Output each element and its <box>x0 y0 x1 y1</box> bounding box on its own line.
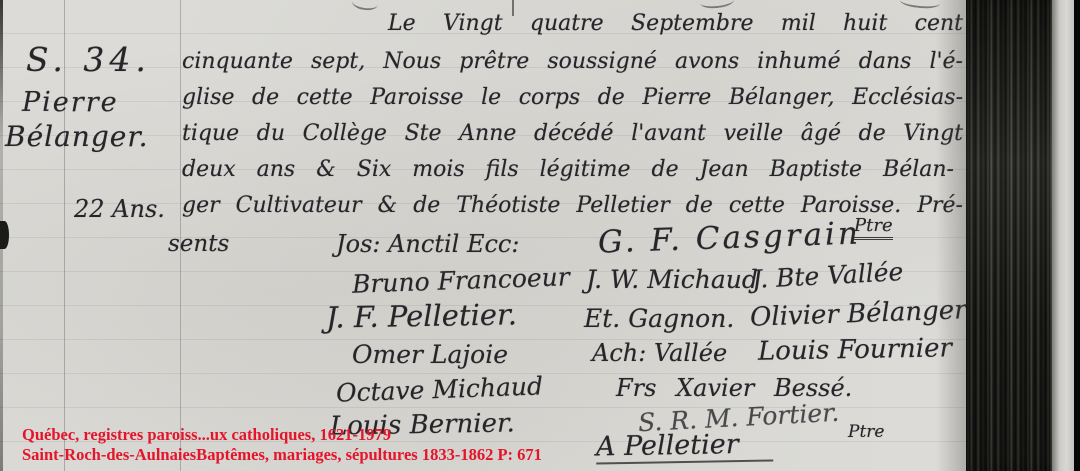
register-page-scan: S. 34. Pierre Bélanger. 22 Ans. Le Vingt… <box>0 0 1080 471</box>
signature: Omer Lajoie <box>352 341 508 369</box>
signature-priest: G. F. Casgrain <box>597 216 861 259</box>
book-binding <box>966 0 1052 471</box>
signature-priest: A Pelletier <box>596 429 773 464</box>
act-line: cinquante sept, Nous prêtre soussigné av… <box>182 50 963 74</box>
act-line: glise de cette Paroisse le corps de Pier… <box>182 86 963 110</box>
margin-name-last: Bélanger. <box>5 122 149 153</box>
signature: Jos: Anctil Ecc: <box>336 231 519 257</box>
citation-collection: Québec, registres paroiss...ux catholiqu… <box>22 427 391 444</box>
signature: J. W. Michaud <box>586 266 758 294</box>
margin-age: 22 Ans. <box>74 196 165 222</box>
margin-name-first: Pierre <box>22 88 119 118</box>
act-line: tique du Collège Ste Anne décédé l'avant… <box>182 122 963 146</box>
signature: Ach: Vallée <box>592 340 727 366</box>
ink-blot <box>0 221 9 249</box>
signature: Louis Fournier <box>758 334 952 366</box>
entry-code: S. 34. <box>26 42 151 78</box>
signature: Et. Gagnon. <box>584 305 734 333</box>
cutoff-stroke <box>699 0 734 10</box>
citation-source-page: Saint-Roch-des-AulnaiesBaptêmes, mariage… <box>22 447 542 464</box>
register-paper: S. 34. Pierre Bélanger. 22 Ans. Le Vingt… <box>0 0 970 471</box>
scan-background <box>1074 0 1080 471</box>
cutoff-stroke <box>351 0 379 12</box>
signature: J. Bte Vallée <box>751 258 904 293</box>
act-line: deux ans & Six mois fils légitime de Jea… <box>182 158 954 182</box>
signature: Frs Xavier Bessé. <box>616 375 852 401</box>
signature: Olivier Bélanger <box>750 296 967 332</box>
signature: J. F. Pelletier. <box>326 299 517 334</box>
act-line: ger Cultivateur & de Théotiste Pelletier… <box>182 194 963 218</box>
adjacent-page-edge <box>1052 0 1074 471</box>
signature-priest-title: Ptre <box>854 216 893 240</box>
act-line: sents <box>168 232 229 257</box>
signature-priest-title: Ptre <box>848 423 884 442</box>
signature: Bruno Francoeur <box>352 263 571 298</box>
cutoff-stroke <box>900 0 941 10</box>
act-line: Le Vingt quatre Septembre mil huit cent <box>388 12 963 36</box>
signature: Octave Michaud <box>336 372 544 407</box>
